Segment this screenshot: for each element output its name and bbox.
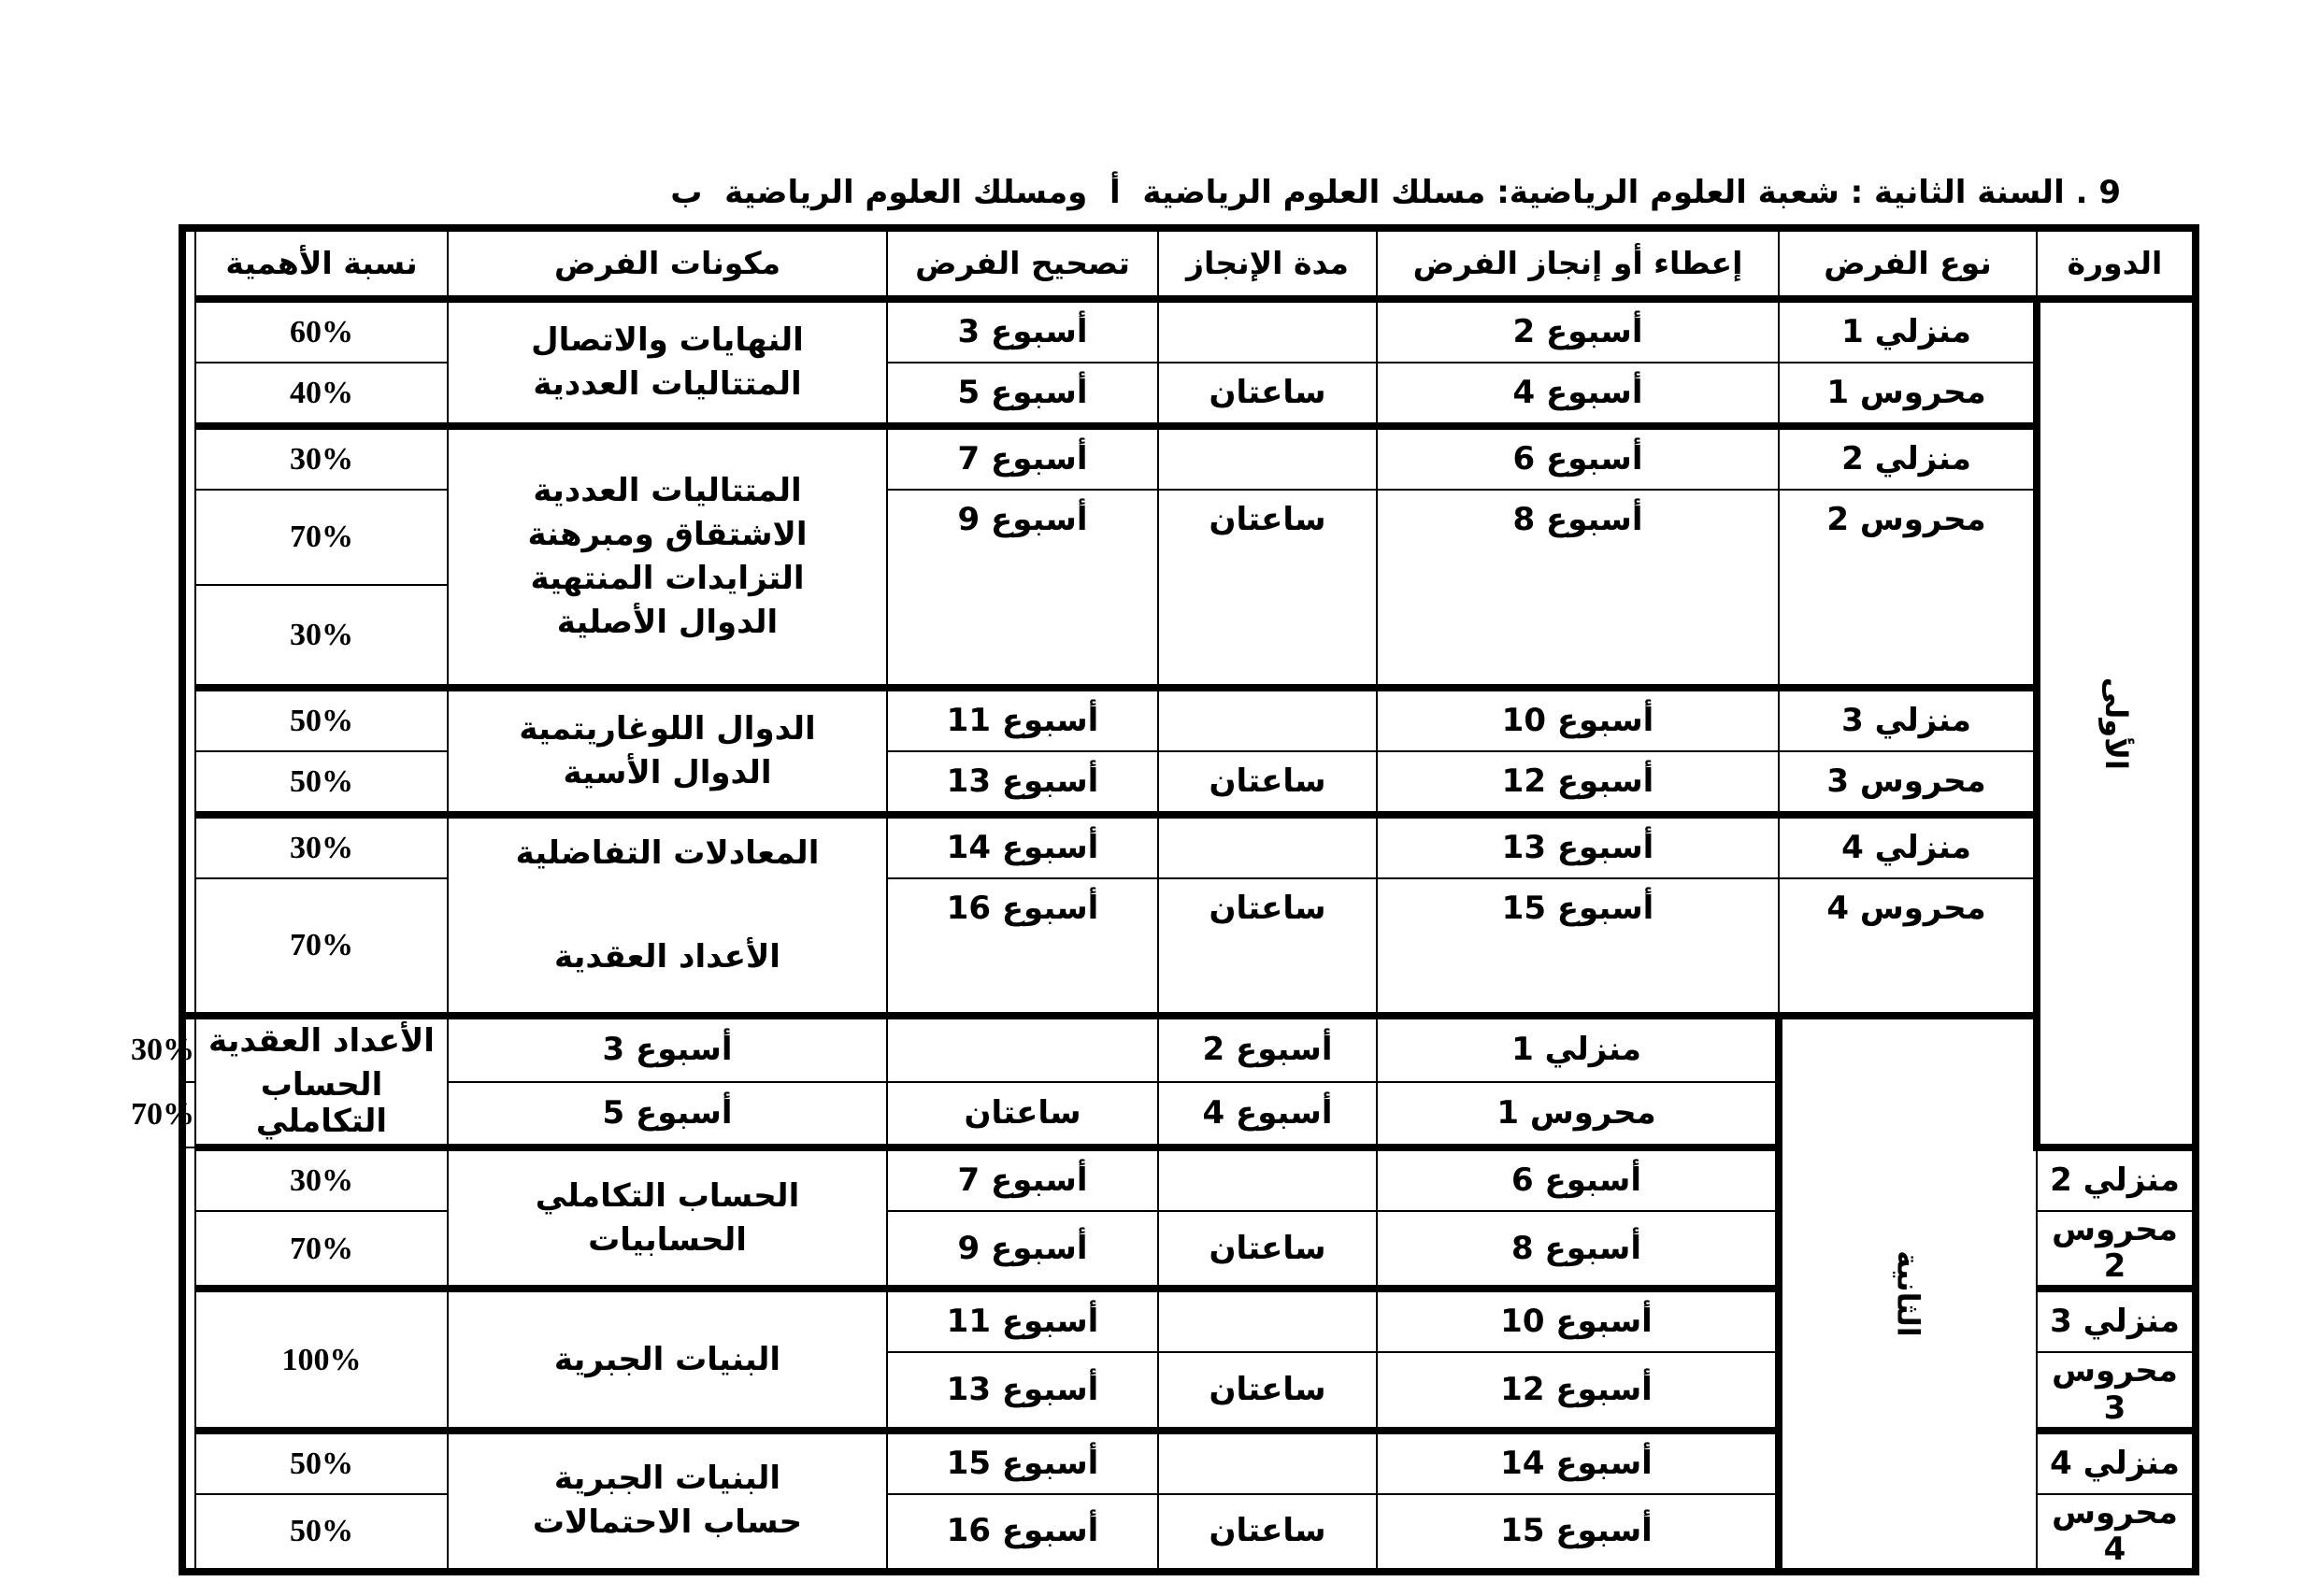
type-cell: محروس 2 — [1779, 490, 2037, 688]
duration-cell: ساعتان — [1158, 1352, 1377, 1430]
duration-cell — [1158, 688, 1377, 751]
duration-cell: ساعتان — [1158, 878, 1377, 1016]
duration-cell — [1158, 1289, 1377, 1352]
weight-cell: 40% — [195, 363, 448, 426]
components-cell: المتتاليات العددية الاشتقاق ومبرهنة التز… — [448, 426, 887, 688]
given-cell: أسبوع 2 — [1158, 1016, 1377, 1082]
weight-cell: 70% — [195, 490, 448, 585]
duration-cell: ساعتان — [1158, 751, 1377, 815]
type-cell: منزلي 1 — [1779, 299, 2037, 363]
duration-cell: ساعتان — [1158, 1494, 1377, 1572]
type-cell: محروس 3 — [2037, 1352, 2196, 1430]
correction-cell: أسبوع 11 — [887, 1289, 1158, 1352]
components-cell: الحساب التكاملي الحسابيات — [448, 1147, 887, 1289]
type-cell: محروس 2 — [2037, 1211, 2196, 1289]
components-cell: النهايات والاتصال المتتاليات العددية — [448, 299, 887, 426]
component-item: حساب الاحتمالات — [449, 1501, 886, 1545]
given-cell: أسبوع 6 — [1377, 1147, 1779, 1211]
table-row: منزلي 2 أسبوع 6 أسبوع 7 المتتاليات العدد… — [182, 426, 2196, 490]
type-cell: منزلي 1 — [1377, 1016, 1779, 1082]
header-given: إعطاء أو إنجاز الفرض — [1377, 228, 1779, 299]
correction-cell: أسبوع 5 — [887, 363, 1158, 426]
component-item: البنيات الجبرية — [449, 1457, 886, 1501]
weight-cell: 30% — [195, 585, 448, 688]
given-cell: أسبوع 12 — [1377, 751, 1779, 815]
given-cell: أسبوع 10 — [1377, 1289, 1779, 1352]
given-cell: أسبوع 2 — [1377, 299, 1779, 363]
components-cell: الدوال اللوغاريتمية الدوال الأسية — [448, 688, 887, 815]
given-cell: أسبوع 8 — [1377, 1211, 1779, 1289]
component-item: المتتاليات العددية — [449, 363, 886, 406]
component-item: الدوال الأصلية — [449, 601, 886, 645]
session-label: الثانية — [1891, 1250, 1925, 1337]
duration-cell — [1158, 815, 1377, 878]
correction-cell: أسبوع 11 — [887, 688, 1158, 751]
duration-cell: ساعتان — [887, 1082, 1158, 1148]
page-title: 9 . السنة الثانية : شعبة العلوم الرياضية… — [670, 174, 2121, 211]
component-item: الحساب التكاملي — [449, 1175, 886, 1218]
duration-cell — [1158, 299, 1377, 363]
given-cell: أسبوع 15 — [1377, 878, 1779, 1016]
weight-cell: 50% — [195, 1494, 448, 1572]
correction-cell: أسبوع 13 — [887, 1352, 1158, 1430]
weight-cell: 50% — [195, 688, 448, 751]
component-item: الحساب التكاملي — [196, 1063, 447, 1144]
weight-cell: 70% — [195, 1211, 448, 1289]
type-cell: منزلي 2 — [1779, 426, 2037, 490]
given-cell: أسبوع 4 — [1377, 363, 1779, 426]
type-cell: محروس 3 — [1779, 751, 2037, 815]
weight-cell: 100% — [195, 1289, 448, 1430]
correction-cell: أسبوع 16 — [887, 878, 1158, 1016]
type-cell: محروس 4 — [1779, 878, 2037, 1016]
type-cell: منزلي 2 — [2037, 1147, 2196, 1211]
component-item: الأعداد العقدية — [196, 1019, 447, 1063]
session-label: الأولى — [2099, 677, 2134, 769]
correction-cell: أسبوع 3 — [887, 299, 1158, 363]
correction-cell: أسبوع 15 — [887, 1431, 1158, 1494]
header-correction: تصحيح الفرض — [887, 228, 1158, 299]
duration-cell: ساعتان — [1158, 1211, 1377, 1289]
correction-cell: أسبوع 7 — [887, 1147, 1158, 1211]
given-cell: أسبوع 4 — [1158, 1082, 1377, 1148]
components-cell: المعادلات التفاضلية الأعداد العقدية — [448, 815, 887, 1016]
table-row: الأولى منزلي 1 أسبوع 2 أسبوع 3 النهايات … — [182, 299, 2196, 363]
type-cell: منزلي 3 — [1779, 688, 2037, 751]
duration-cell — [887, 1016, 1158, 1082]
component-item: النهايات والاتصال — [449, 319, 886, 363]
correction-cell: أسبوع 9 — [887, 490, 1158, 688]
given-cell: أسبوع 12 — [1377, 1352, 1779, 1430]
weight-cell: 70% — [195, 878, 448, 1016]
table-header-row: الدورة نوع الفرض إعطاء أو إنجاز الفرض مد… — [182, 228, 2196, 299]
table-row: منزلي 3 أسبوع 10 أسبوع 11 الدوال اللوغار… — [182, 688, 2196, 751]
weight-cell: 30% — [195, 815, 448, 878]
table-row: منزلي 4 أسبوع 13 أسبوع 14 المعادلات التف… — [182, 815, 2196, 878]
weight-cell: 70% — [182, 1082, 195, 1148]
weight-cell: 60% — [195, 299, 448, 363]
type-cell: محروس 1 — [1377, 1082, 1779, 1148]
correction-cell: أسبوع 3 — [448, 1016, 887, 1082]
given-cell: أسبوع 8 — [1377, 490, 1779, 688]
weight-cell: 30% — [195, 426, 448, 490]
given-cell: أسبوع 14 — [1377, 1431, 1779, 1494]
component-item: الدوال الأسية — [449, 751, 886, 795]
duration-cell — [1158, 1431, 1377, 1494]
component-item: الأعداد العقدية — [449, 935, 886, 979]
header-type: نوع الفرض — [1779, 228, 2037, 299]
component-item: الدوال اللوغاريتمية — [449, 707, 886, 751]
component-item: التزايدات المنتهية — [449, 557, 886, 601]
given-cell: أسبوع 6 — [1377, 426, 1779, 490]
session-cell: الأولى — [2037, 299, 2196, 1147]
component-item: الاشتقاق ومبرهنة — [449, 513, 886, 557]
component-item: البنيات الجبرية — [449, 1338, 886, 1382]
correction-cell: أسبوع 5 — [448, 1082, 887, 1148]
header-session: الدورة — [2037, 228, 2196, 299]
duration-cell: ساعتان — [1158, 363, 1377, 426]
correction-cell: أسبوع 16 — [887, 1494, 1158, 1572]
assessment-schedule-table: الدورة نوع الفرض إعطاء أو إنجاز الفرض مد… — [179, 224, 2199, 1575]
component-item: الحسابيات — [449, 1218, 886, 1262]
given-cell: أسبوع 13 — [1377, 815, 1779, 878]
weight-cell: 50% — [195, 1431, 448, 1494]
session-cell: الثانية — [1779, 1016, 2037, 1572]
components-cell: البنيات الجبرية — [448, 1289, 887, 1430]
components-cell: البنيات الجبرية حساب الاحتمالات — [448, 1431, 887, 1572]
given-cell: أسبوع 10 — [1377, 688, 1779, 751]
correction-cell: أسبوع 14 — [887, 815, 1158, 878]
type-cell: محروس 1 — [1779, 363, 2037, 426]
weight-cell: 30% — [182, 1016, 195, 1082]
given-cell: أسبوع 15 — [1377, 1494, 1779, 1572]
duration-cell — [1158, 1147, 1377, 1211]
components-cell: الأعداد العقدية الحساب التكاملي — [195, 1016, 448, 1147]
type-cell: منزلي 4 — [2037, 1431, 2196, 1494]
component-item: المعادلات التفاضلية — [449, 832, 886, 876]
type-cell: منزلي 4 — [1779, 815, 2037, 878]
correction-cell: أسبوع 13 — [887, 751, 1158, 815]
correction-cell: أسبوع 7 — [887, 426, 1158, 490]
type-cell: محروس 4 — [2037, 1494, 2196, 1572]
component-item: المتتاليات العددية — [449, 469, 886, 513]
header-components: مكونات الفرض — [448, 228, 887, 299]
weight-cell: 30% — [195, 1147, 448, 1211]
table-row: الثانية منزلي 1 أسبوع 2 أسبوع 3 الأعداد … — [182, 1016, 2196, 1082]
correction-cell: أسبوع 9 — [887, 1211, 1158, 1289]
type-cell: منزلي 3 — [2037, 1289, 2196, 1352]
weight-cell: 50% — [195, 751, 448, 815]
header-duration: مدة الإنجاز — [1158, 228, 1377, 299]
header-weight: نسبة الأهمية — [195, 228, 448, 299]
duration-cell: ساعتان — [1158, 490, 1377, 688]
duration-cell — [1158, 426, 1377, 490]
